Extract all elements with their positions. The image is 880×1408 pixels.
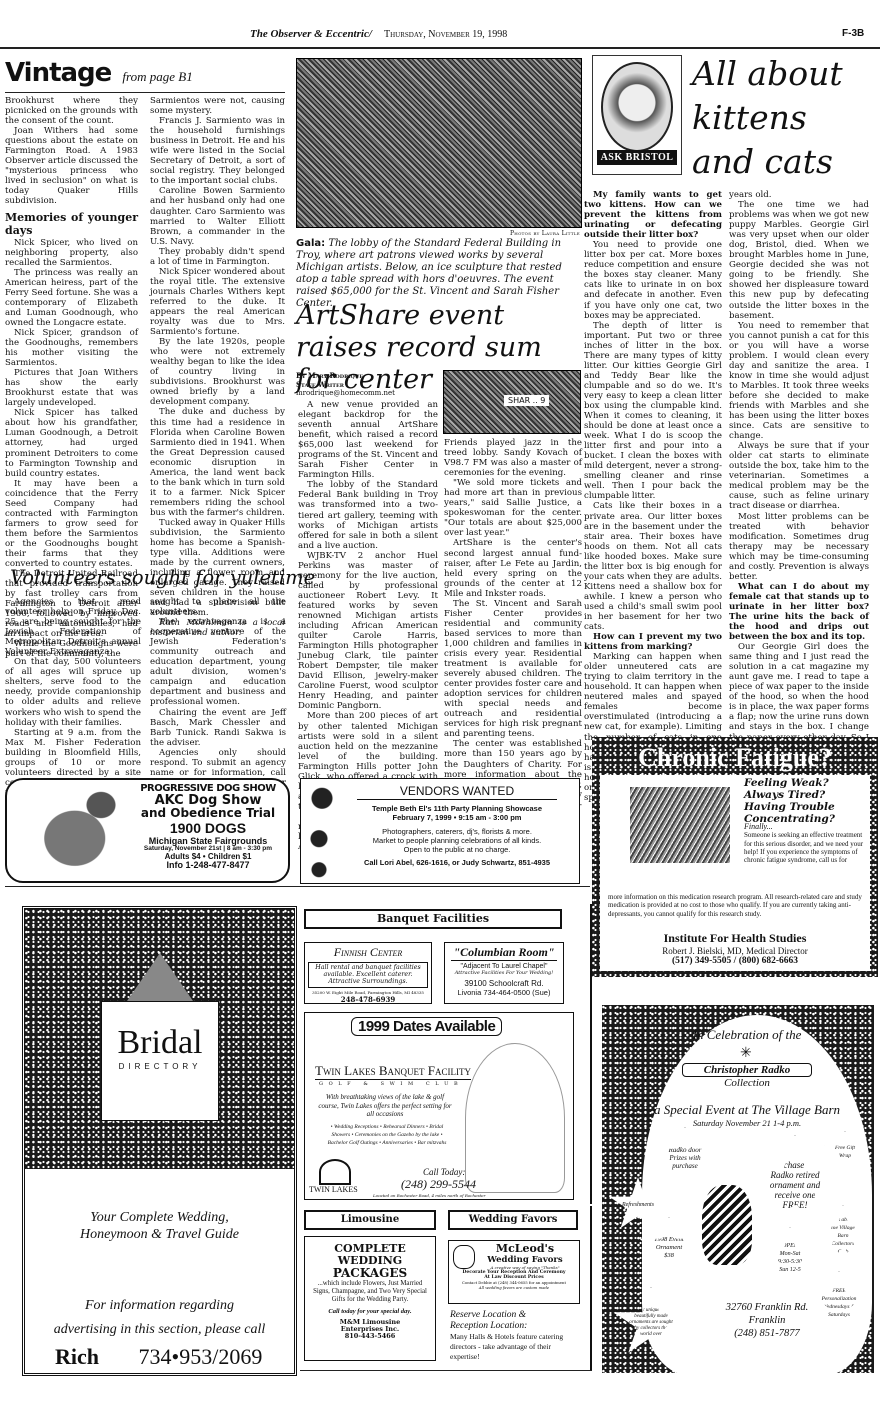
twin-lakes-phone: (248) 299-5544: [401, 1177, 476, 1192]
wedding-favors-section: Wedding Favors McLeod's Wedding Favors A…: [446, 1206, 592, 1371]
bridal-directory-ad: Bridal DIRECTORY Your Complete Wedding, …: [22, 906, 297, 1376]
bridal-bottom-rule: [300, 1370, 592, 1371]
vintage-underline: [5, 92, 285, 93]
inset-sign: SHAR .. 9: [504, 395, 549, 406]
volunteers-col-2: sought to place all the volunteers. The …: [150, 597, 286, 798]
page-number: F-3B: [842, 28, 864, 39]
masthead-rule: [0, 47, 880, 49]
issue-date: Thursday, November 19, 1998: [384, 29, 507, 40]
vendors-ad: VENDORS WANTED Temple Beth El's 11th Par…: [300, 778, 580, 884]
running-figure-icon: [453, 1245, 475, 1269]
santa-ornament-icon: [702, 1185, 752, 1265]
kittens-col-1: My family wants to get two kittens. How …: [584, 190, 722, 803]
jump-line: from page B1: [122, 69, 192, 84]
bride-illustration-icon: [465, 1043, 565, 1193]
volunteers-col-1: Agencies that need volunteer help on Fri…: [5, 597, 141, 808]
kittens-headline: All about kittens and cats: [692, 52, 877, 184]
mcleods-ad: McLeod's Wedding Favors A creative way o…: [448, 1240, 580, 1304]
radko-ad: In Celebration of the ✳ Christopher Radk…: [602, 1005, 874, 1373]
vintage-col-2: Sarmientos were not, causing some myster…: [150, 96, 285, 639]
tired-woman-photo: [630, 787, 730, 863]
subhead: Memories of younger days: [5, 211, 138, 237]
balloons-icon: [307, 787, 337, 881]
kittens-col-2: years old. The one time we had problems …: [729, 190, 869, 813]
radko-address: 32760 Franklin Rd. Franklin (248) 851-78…: [712, 1301, 822, 1340]
ask-bristol-logo: ASK BRISTOL: [592, 55, 682, 175]
twin-lakes-ad: 1999 Dates Available Twin Lakes Banquet …: [304, 1012, 574, 1200]
dog-portrait-icon: [601, 62, 673, 152]
dog-illustration-icon: [17, 786, 122, 881]
banquet-section: Banquet Facilities Finnish Center Hall r…: [300, 904, 592, 1204]
byline: By Mary Rodrique Staff Writer mrodrique@…: [296, 372, 436, 398]
vintage-title: Vintage: [5, 58, 111, 88]
limousine-ad: COMPLETE WEDDING PACKAGES ...which inclu…: [304, 1236, 436, 1361]
limousine-section: Limousine COMPLETE WEDDING PACKAGES ...w…: [300, 1206, 444, 1371]
dog-show-ad: PROGRESSIVE DOG SHOW AKC Dog Show and Ob…: [5, 778, 290, 883]
vintage-header: Vintage from page B1: [5, 58, 285, 92]
gala-photo: [296, 58, 582, 228]
masthead: The Observer & Eccentric/ Thursday, Nove…: [0, 24, 880, 44]
volunteers-headline: Volunteers sought for yuletime: [10, 566, 290, 589]
photo-credit: Photos by Laura Little: [300, 230, 580, 237]
ads-divider: [5, 886, 590, 887]
ice-sculpture-photo: SHAR .. 9: [443, 370, 581, 434]
twin-lakes-logo: TWIN LAKES: [309, 1159, 359, 1194]
finnish-center-ad: Finnish Center Hall rental and banquet f…: [304, 942, 432, 1004]
twin-lakes-logo-icon: [319, 1159, 351, 1185]
radko-banner: Christopher Radko Collection: [682, 1063, 812, 1089]
chronic-fatigue-ad: Chronic Fatigue? Feeling Weak? Always Ti…: [592, 737, 878, 977]
columbian-room-ad: "Columbian Room" "Adjacent To Laurel Cha…: [444, 942, 564, 1004]
artshare-col-2: Friends played jazz in the treed lobby. …: [444, 438, 582, 820]
contact-phone: 734•953/2069: [139, 1344, 263, 1369]
starburst-icon: ✳: [740, 1045, 752, 1061]
paper-title: The Observer & Eccentric/: [250, 28, 372, 40]
